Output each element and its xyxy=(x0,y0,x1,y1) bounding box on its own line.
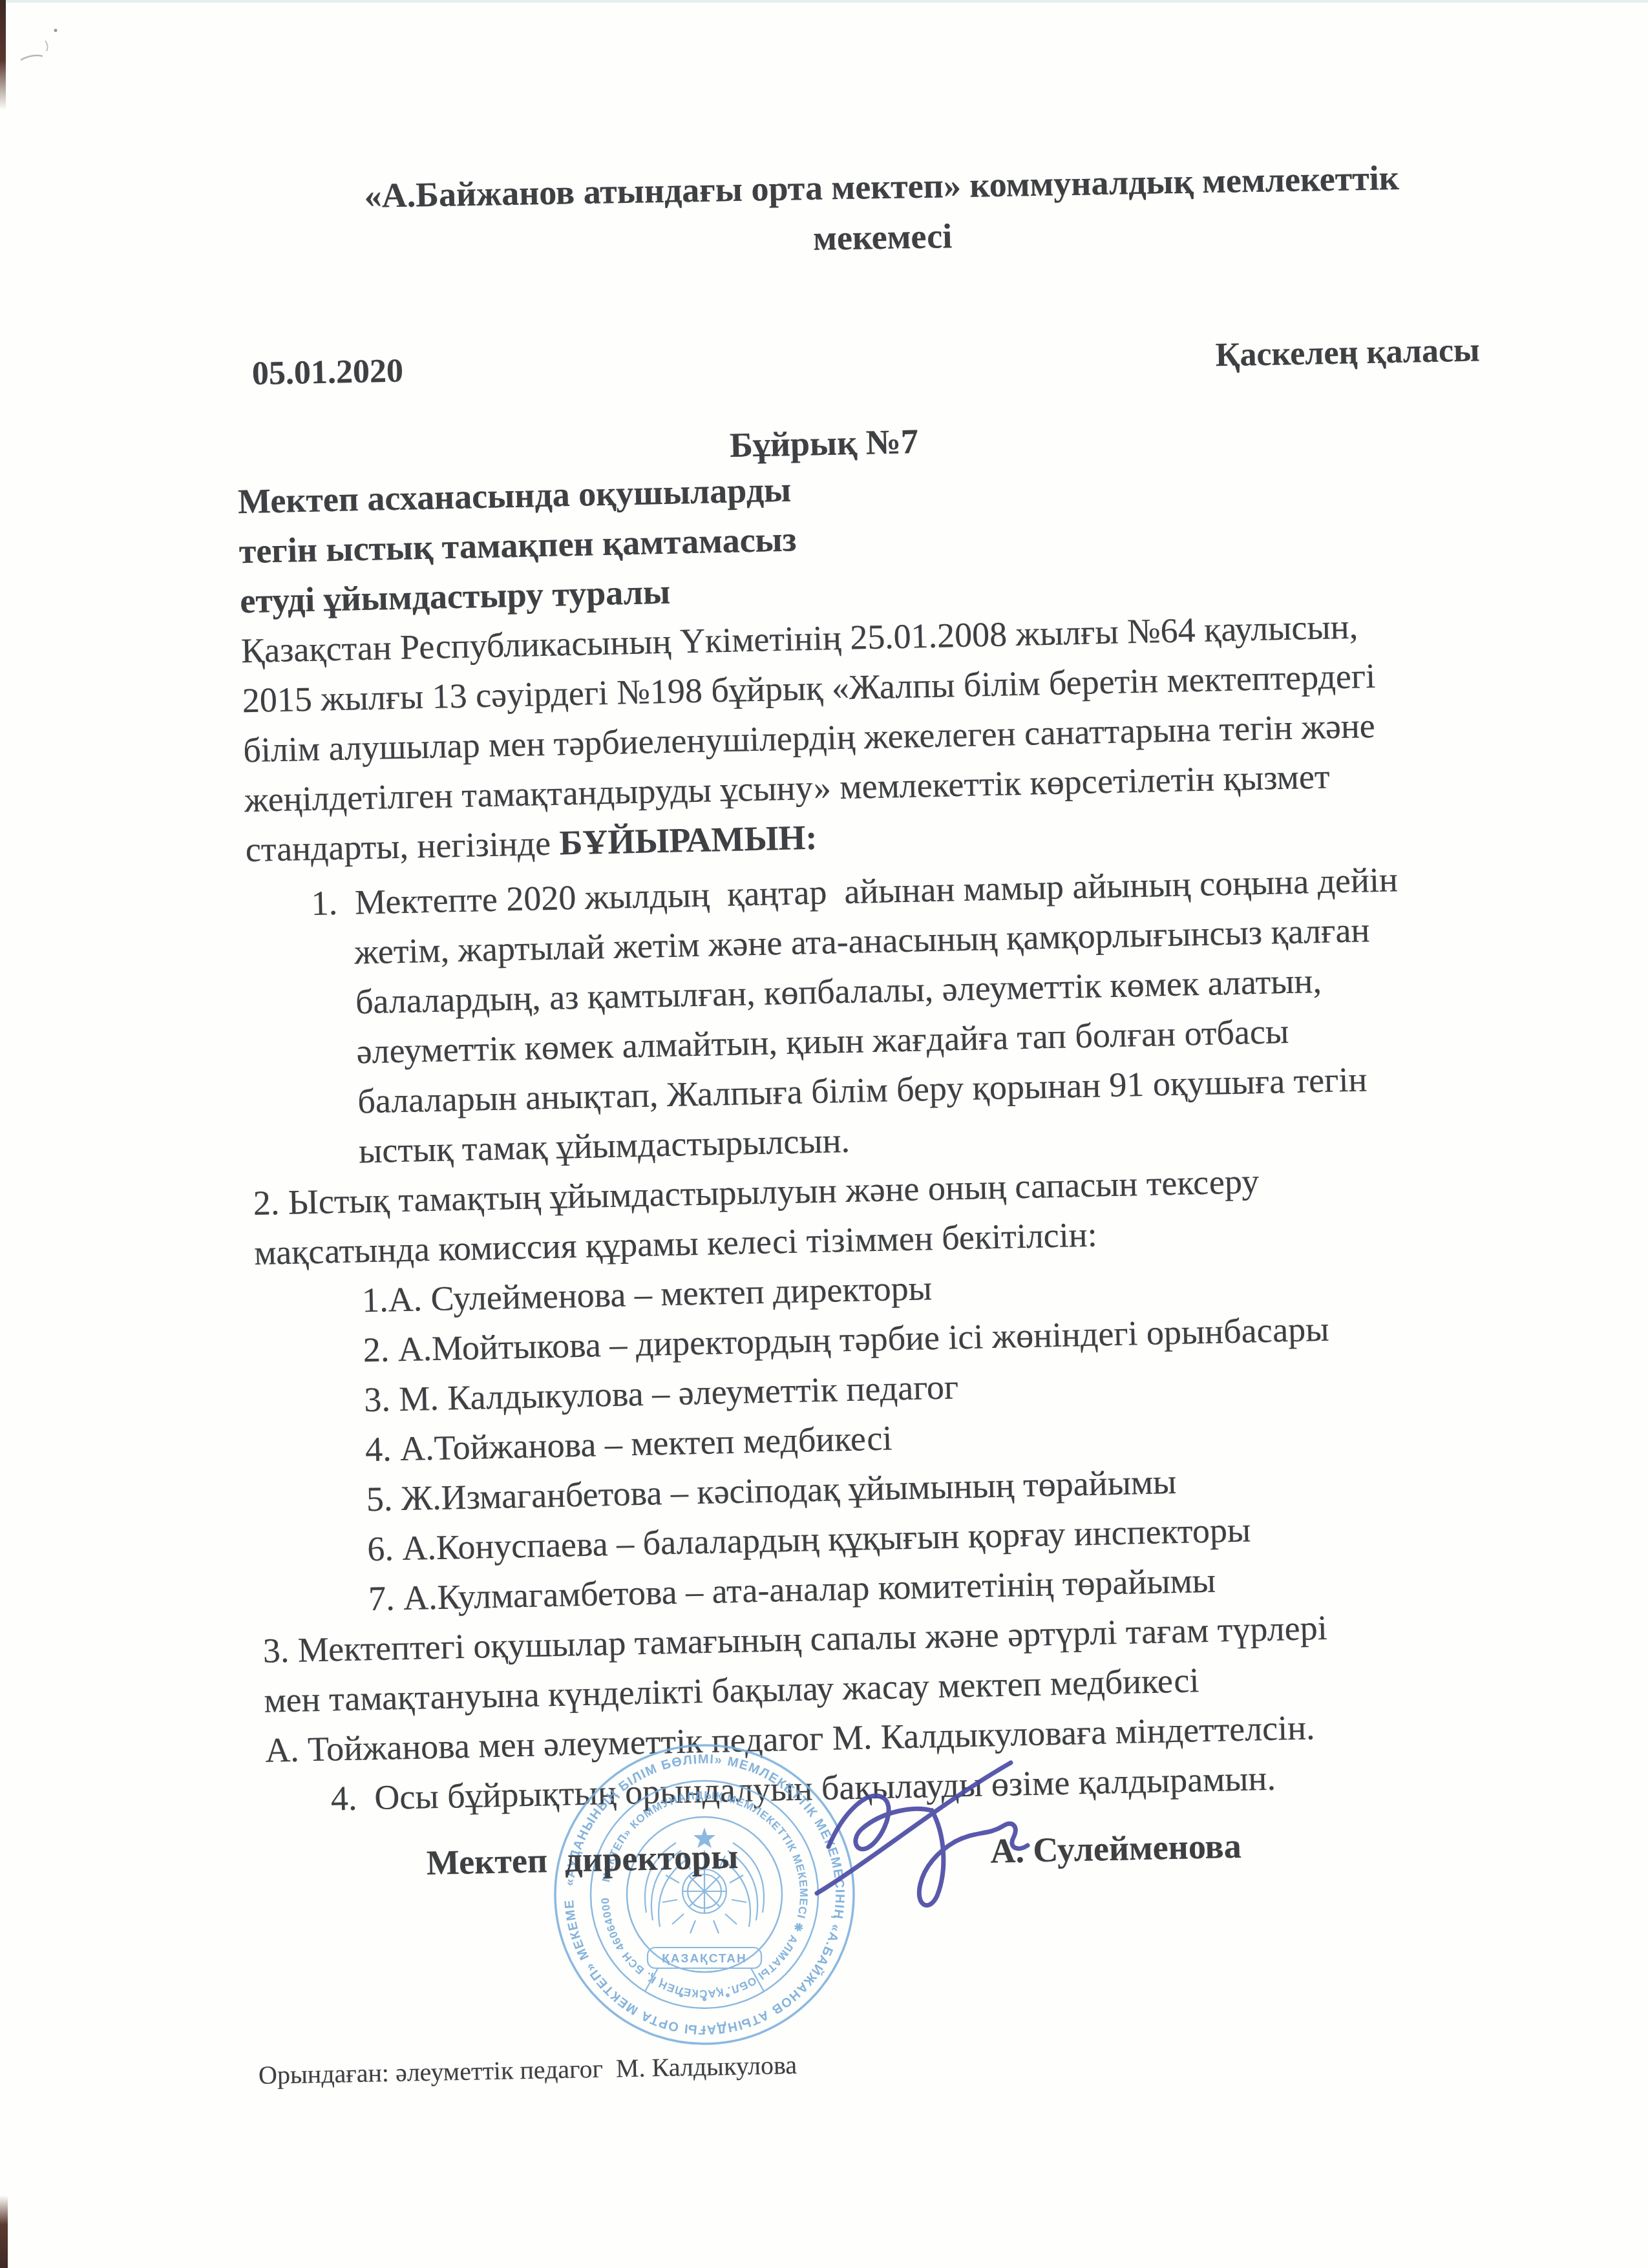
pencil-scribble-artifact xyxy=(12,23,83,81)
date-city-row: 05.01.2020 Қаскелең қаласы xyxy=(251,326,1480,399)
order-body: Мектеп асханасында оқушыларды тегін ысты… xyxy=(237,449,1533,1825)
scan-edge-artifact-bottom-left xyxy=(0,2196,8,2268)
order-number-text: Бұйрық №7 xyxy=(729,422,918,465)
org-name-heading: «А.Байжанов атындағы орта мектеп» коммун… xyxy=(116,148,1648,275)
order-date: 05.01.2020 xyxy=(251,346,403,399)
executor-line: Орындаған: әлеуметтік педагог М. Калдыку… xyxy=(259,2048,798,2092)
scan-edge-artifact-top xyxy=(0,0,1648,3)
stamp-center-banner-text: ҚАЗАҚСТАН xyxy=(662,1952,747,1966)
signature-row: Мектеп директоры А. Сулейменова xyxy=(426,1822,1241,1888)
signature-role: Мектеп директоры xyxy=(426,1832,739,1888)
preamble-tail-prefix: стандарты, негізінде xyxy=(245,824,560,870)
order-city: Қаскелең қаласы xyxy=(1215,326,1480,381)
scan-edge-artifact-top-left xyxy=(0,0,6,110)
scanned-order-document: «А.Байжанов атындағы орта мектеп» коммун… xyxy=(0,0,1648,2268)
commission-list: 1.А. Сулейменова – мектеп директоры 2. А… xyxy=(255,1250,1528,1626)
decree-word: БҰЙЫРАМЫН: xyxy=(559,818,818,863)
order-item-1: 1. Мектепте 2020 жылдың қаңтар айынан ма… xyxy=(246,852,1519,1179)
signature-name: А. Сулейменова xyxy=(990,1822,1242,1876)
